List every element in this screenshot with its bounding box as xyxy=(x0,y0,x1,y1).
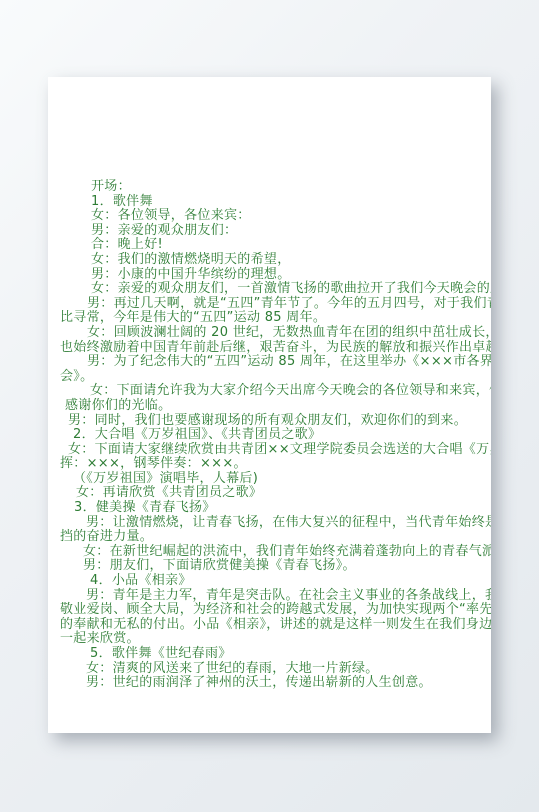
script-line: 比寻常，今年是伟大的“五四”运动 85 周年。 xyxy=(60,311,491,326)
script-line: 开场： xyxy=(60,180,491,195)
script-line: 挡的奋进力量。 xyxy=(60,530,491,545)
script-line: 男：亲爱的观众朋友们： xyxy=(60,224,491,239)
script-line: 感谢你们的光临。 xyxy=(60,399,491,414)
script-line: 男：小康的中国升华缤纷的理想。 xyxy=(60,268,491,283)
script-line: 女：再请欣赏《共青团员之歌》 xyxy=(60,486,491,501)
script-line: 挥：×××，钢琴伴奏：×××。 xyxy=(60,457,491,472)
script-line: 女：我们的激情燃烧明天的希望， xyxy=(60,253,491,268)
script-line: 女：各位领导，各位来宾： xyxy=(60,209,491,224)
script-line: 男：为了纪念伟大的“五四”运动 85 周年，在这里举办《×××市各界青年庆五四文… xyxy=(60,355,491,370)
script-line: 男：世纪的雨润泽了神州的沃土，传递出崭新的人生创意。 xyxy=(60,676,491,691)
document-page: 开场：1．歌伴舞女：各位领导，各位来宾：男：亲爱的观众朋友们：合：晚上好!女：我… xyxy=(48,77,491,733)
script-line: 敬业爱岗、顾全大局，为经济和社会的跨越式发展，为加快实现两个“率先”都在做着默默 xyxy=(60,603,491,618)
script-line: 男：同时，我们也要感谢现场的所有观众朋友们，欢迎你们的到来。 xyxy=(60,414,491,429)
script-line: 女：清爽的风送来了世纪的春雨，大地一片新绿。 xyxy=(60,662,491,677)
script-line: 也始终激励着中国青年前赴后继，艰苦奋斗，为民族的解放和振兴作出卓越贡献。 xyxy=(60,341,491,356)
script-line: 女：下面请允许我为大家介绍今天出席今天晚会的各位领导和来宾，他们是： xyxy=(60,384,491,399)
script-line: 女：亲爱的观众朋友们，一首激情飞扬的歌曲拉开了我们今天晚会的序幕。 xyxy=(60,282,491,297)
script-line: 男：朋友们，下面请欣赏健美操《青春飞扬》。 xyxy=(60,559,491,574)
script-line: 3．健美操《青春飞扬》 xyxy=(60,501,491,516)
script-line: 1．歌伴舞 xyxy=(60,195,491,210)
script-line: 一起来欣赏。 xyxy=(60,632,491,647)
script-line: 合：晚上好! xyxy=(60,238,491,253)
script-line: 5．歌伴舞《世纪春雨》 xyxy=(60,647,491,662)
script-line: 4．小品《相亲》 xyxy=(60,574,491,589)
script-text-block: 开场：1．歌伴舞女：各位领导，各位来宾：男：亲爱的观众朋友们：合：晚上好!女：我… xyxy=(60,180,491,691)
script-line: 女：回顾波澜壮阔的 20 世纪，无数热血青年在团的组织中茁壮成长，“五四”精神 xyxy=(60,326,491,341)
script-line: 2．大合唱《万岁祖国》、《共青团员之歌》 xyxy=(60,428,491,443)
